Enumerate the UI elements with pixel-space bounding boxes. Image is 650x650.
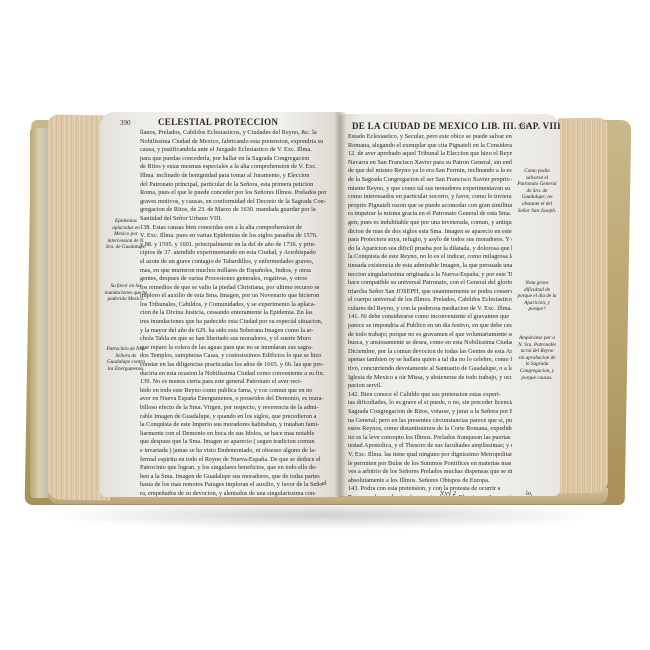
text-line: rable Imagen de Guadalupe, y quando en l…: [140, 413, 336, 422]
text-line: como interessados en particular socorro,…: [348, 193, 512, 202]
text-line: ito es la leve concepto los Illmos. Prel…: [348, 434, 512, 443]
left-page-text: llanos, Prelados, Cabildos Eclesiasticos…: [140, 129, 336, 497]
text-line: tres inundaciones que ha padecido esta C…: [140, 318, 336, 327]
text-line: la Conquista de este Imperio sus morador…: [140, 421, 336, 430]
text-line: apenas tambien oy se hallara quien a tal…: [348, 356, 512, 365]
margin-note: Su favor en las inundaciones que ha pade…: [104, 283, 148, 303]
text-line: Nobilissima Ciudad de Mexico, fabricando…: [140, 138, 336, 147]
text-line: dicion de mas de dos siglos esta Sma. Im…: [348, 228, 512, 237]
text-line: Roma por la aprobacion hacerse tambien l…: [348, 494, 512, 496]
left-page-number: 390: [120, 119, 131, 127]
photo-scene: 390 CELESTIAL PROTECCION llanos, Prelado…: [0, 0, 650, 650]
text-line: llanos, Prelados, Cabildos Eclesiasticos…: [140, 129, 336, 138]
text-line: pacion servil.: [348, 382, 512, 391]
text-line: ben a la Sma. Imagen de Guadalupe sus mo…: [140, 473, 336, 482]
book-gutter: [334, 112, 346, 497]
text-line: dos Templos, sumptuosa Casas, y costosis…: [140, 352, 336, 361]
right-catchword: lo,: [526, 490, 533, 496]
text-line: los Tribunales, Cabildos, y Comunidades,…: [140, 301, 336, 310]
text-line: triarcha Señor San JOSEPH, que unanimeme…: [348, 288, 512, 297]
left-running-head: CELESTIAL PROTECCION: [158, 117, 278, 127]
text-line: Santidad del Señor Urbano VIII.: [140, 215, 336, 224]
left-page: 390 CELESTIAL PROTECCION llanos, Prelado…: [100, 112, 340, 497]
text-line: gen; pues es indubitable que por una inv…: [348, 219, 512, 228]
text-line: busca, y ansiosamente se desea, como en …: [348, 339, 512, 348]
text-line: ra, empeñados de su devocion, y alentado…: [140, 490, 336, 497]
text-line: duciria en esta ocasion la Nobilissima C…: [140, 370, 336, 379]
text-line: 143. Podra con esta pretension, y con la…: [348, 485, 512, 494]
text-line: 142. Bien conoce el Cabildo que sus pret…: [348, 391, 512, 400]
text-line: 141. Ni debe considerarse como inconveni…: [348, 313, 512, 322]
text-line: Sagrada Congregacion de Ritos, votarse, …: [348, 408, 512, 417]
text-line: que reparo la colera de las aguas para q…: [140, 344, 336, 353]
text-line: Patrocinio que logran, y los singulares …: [140, 464, 336, 473]
text-line: para que puedas concederla, por hallar e…: [140, 155, 336, 164]
text-line: que despues que la Sma. Imagen se aparec…: [140, 438, 336, 447]
text-line: teccion singularissima originada a la Nu…: [348, 271, 512, 280]
text-line: aver en Nueva España Energumenos, o poss…: [140, 395, 336, 404]
text-line: de que del mismo Reyno ya lo era San Fer…: [348, 167, 512, 176]
margin-note: Como podia salvarse el Patronato General…: [517, 168, 557, 214]
text-line: hasta de los mas remotos Parages implora…: [140, 481, 336, 490]
text-line: los remedios de que se valio la piedad C…: [140, 284, 336, 293]
text-line: testad Apostolica, y el Thesoro de sus f…: [348, 442, 512, 451]
text-line: para Protectora suya, refugio, y asylo d…: [348, 236, 512, 245]
left-catchword: el: [322, 480, 327, 487]
text-line: Romana, alegando el exemplar que cita Pi…: [348, 142, 512, 151]
text-line: tinuada existencia de esta admirable Ima…: [348, 262, 512, 271]
text-line: cipios de 37. atendido experimentando en…: [140, 249, 336, 258]
text-line: absolutamente a los Illmos. Señores Obis…: [348, 477, 512, 486]
text-line: el cuerpo universal de los Illmos. Prela…: [348, 296, 512, 305]
text-line: imploro el auxilio de esta Sma. Imagen, …: [140, 292, 336, 301]
margin-note: Nota grave dificultad de porque el dia d…: [517, 280, 557, 313]
text-line: mas, en que murieron muchos millares de …: [140, 267, 336, 276]
text-line: proprio Pignateli razon que se puede aco…: [348, 202, 512, 211]
text-line: billoso efecto de la Sma. Virgen, por re…: [140, 404, 336, 413]
text-line: gentes, despues de varias Procesiones ge…: [140, 275, 336, 284]
text-line: V. Exc. Illma. las tiene qual ninguno po…: [348, 451, 512, 460]
text-line: do la Aparicion sea dificil prueba por l…: [348, 245, 512, 254]
text-line: liarmente con el Demonio en boca de sus …: [140, 430, 336, 439]
text-line: na General; pero en las presentes circun…: [348, 417, 512, 426]
text-line: Illma. inclinado de benignidad para toma…: [140, 172, 336, 181]
signature-mark: Yyy 2: [440, 490, 456, 496]
text-line: parece se impondria al Publico en un dia…: [348, 322, 512, 331]
text-line: 12. de aver aprobado aquel Tribunal la E…: [348, 150, 512, 159]
margin-note: Patrocinio de Nra. Señora de Guadalupe c…: [104, 346, 148, 372]
text-line: de Ritos y estas mesmas especiales a la …: [140, 163, 336, 172]
text-line: y 88. y 1595. y 1601. principalmente en …: [140, 241, 336, 250]
text-line: cion de la Divina Justicia, cessando ent…: [140, 309, 336, 318]
text-line: ves a arbitrio de los Señores Prelados m…: [348, 468, 512, 477]
text-line: tas dificultades, lo es grave el si pued…: [348, 399, 512, 408]
margin-note: Ampáranse por a N. Sra. Patronalle ncral…: [517, 335, 557, 381]
right-fore-edge: [558, 118, 608, 494]
text-line: Estado Eclesiastico, y Secular, pero est…: [348, 133, 512, 142]
text-line: bido en todo este Reyno como publica fam…: [140, 387, 336, 396]
text-line: graves motivos, y causas, en conformidad…: [140, 198, 336, 207]
margin-note: Epidemias aplacadas en Mexico por interc…: [104, 218, 148, 251]
text-line: culares del Reyno, y con la poderosa med…: [348, 305, 512, 314]
text-line: Navarra en San Francisco Xavier para su …: [348, 159, 512, 168]
right-page-text: Estado Eclesiastico, y Secular, pero est…: [348, 133, 512, 496]
right-page-number: 391: [518, 123, 529, 131]
text-line: Roma, pues el que le puede conceder por …: [140, 189, 336, 198]
text-line: le permiten por Bulas de los Summos Pont…: [348, 460, 512, 469]
text-line: la Conquista de este Reyno, no lo es el …: [348, 253, 512, 262]
text-line: ra impetrar la misma gracia en el Patron…: [348, 210, 512, 219]
text-line: V. Exc. Illma. pues en varias Epidemias …: [140, 232, 336, 241]
text-line: y la mayor del año de 629. ha sido esta …: [140, 327, 336, 336]
text-line: 138. Estas causas bien conocidas son a l…: [140, 224, 336, 233]
text-line: del Patronato principal, particular de l…: [140, 181, 336, 190]
text-line: estos Reynos, como distantissimos de la …: [348, 425, 512, 434]
text-line: mismo Reyno, y que como tal sus moradore…: [348, 185, 512, 194]
text-line: de todo trabajo; porque no es gravamen e…: [348, 331, 512, 340]
text-line: de la Sagrada Congregacion el ser San Fr…: [348, 176, 512, 185]
text-line: tivo, concurriendo devotamente al Santua…: [348, 365, 512, 374]
text-line: hace compatible su universal Patronato, …: [348, 279, 512, 288]
text-line: Diciembre, por la comun devocion de toda…: [348, 348, 512, 357]
text-line: constar en las diligencias practicadas l…: [140, 361, 336, 370]
text-line: fermal espiritu en todo el Reyno de Nuev…: [140, 456, 336, 465]
text-line: chola Tabla en que se han libertado sus …: [140, 335, 336, 344]
text-line: 139. No es menos cierta para este genera…: [140, 378, 336, 387]
text-line: causa, y justificandola ante el Juzgado …: [140, 146, 336, 155]
text-line: Iglesia de Mexico a oir Missa, y abstene…: [348, 374, 512, 383]
text-line: gregacion de Ritos, de 23. de Marzo de 1…: [140, 206, 336, 215]
text-line: e invariada ) jamas se ha visto Endemoni…: [140, 447, 336, 456]
text-line: el azote de un grave contagio de Tabardi…: [140, 258, 336, 267]
